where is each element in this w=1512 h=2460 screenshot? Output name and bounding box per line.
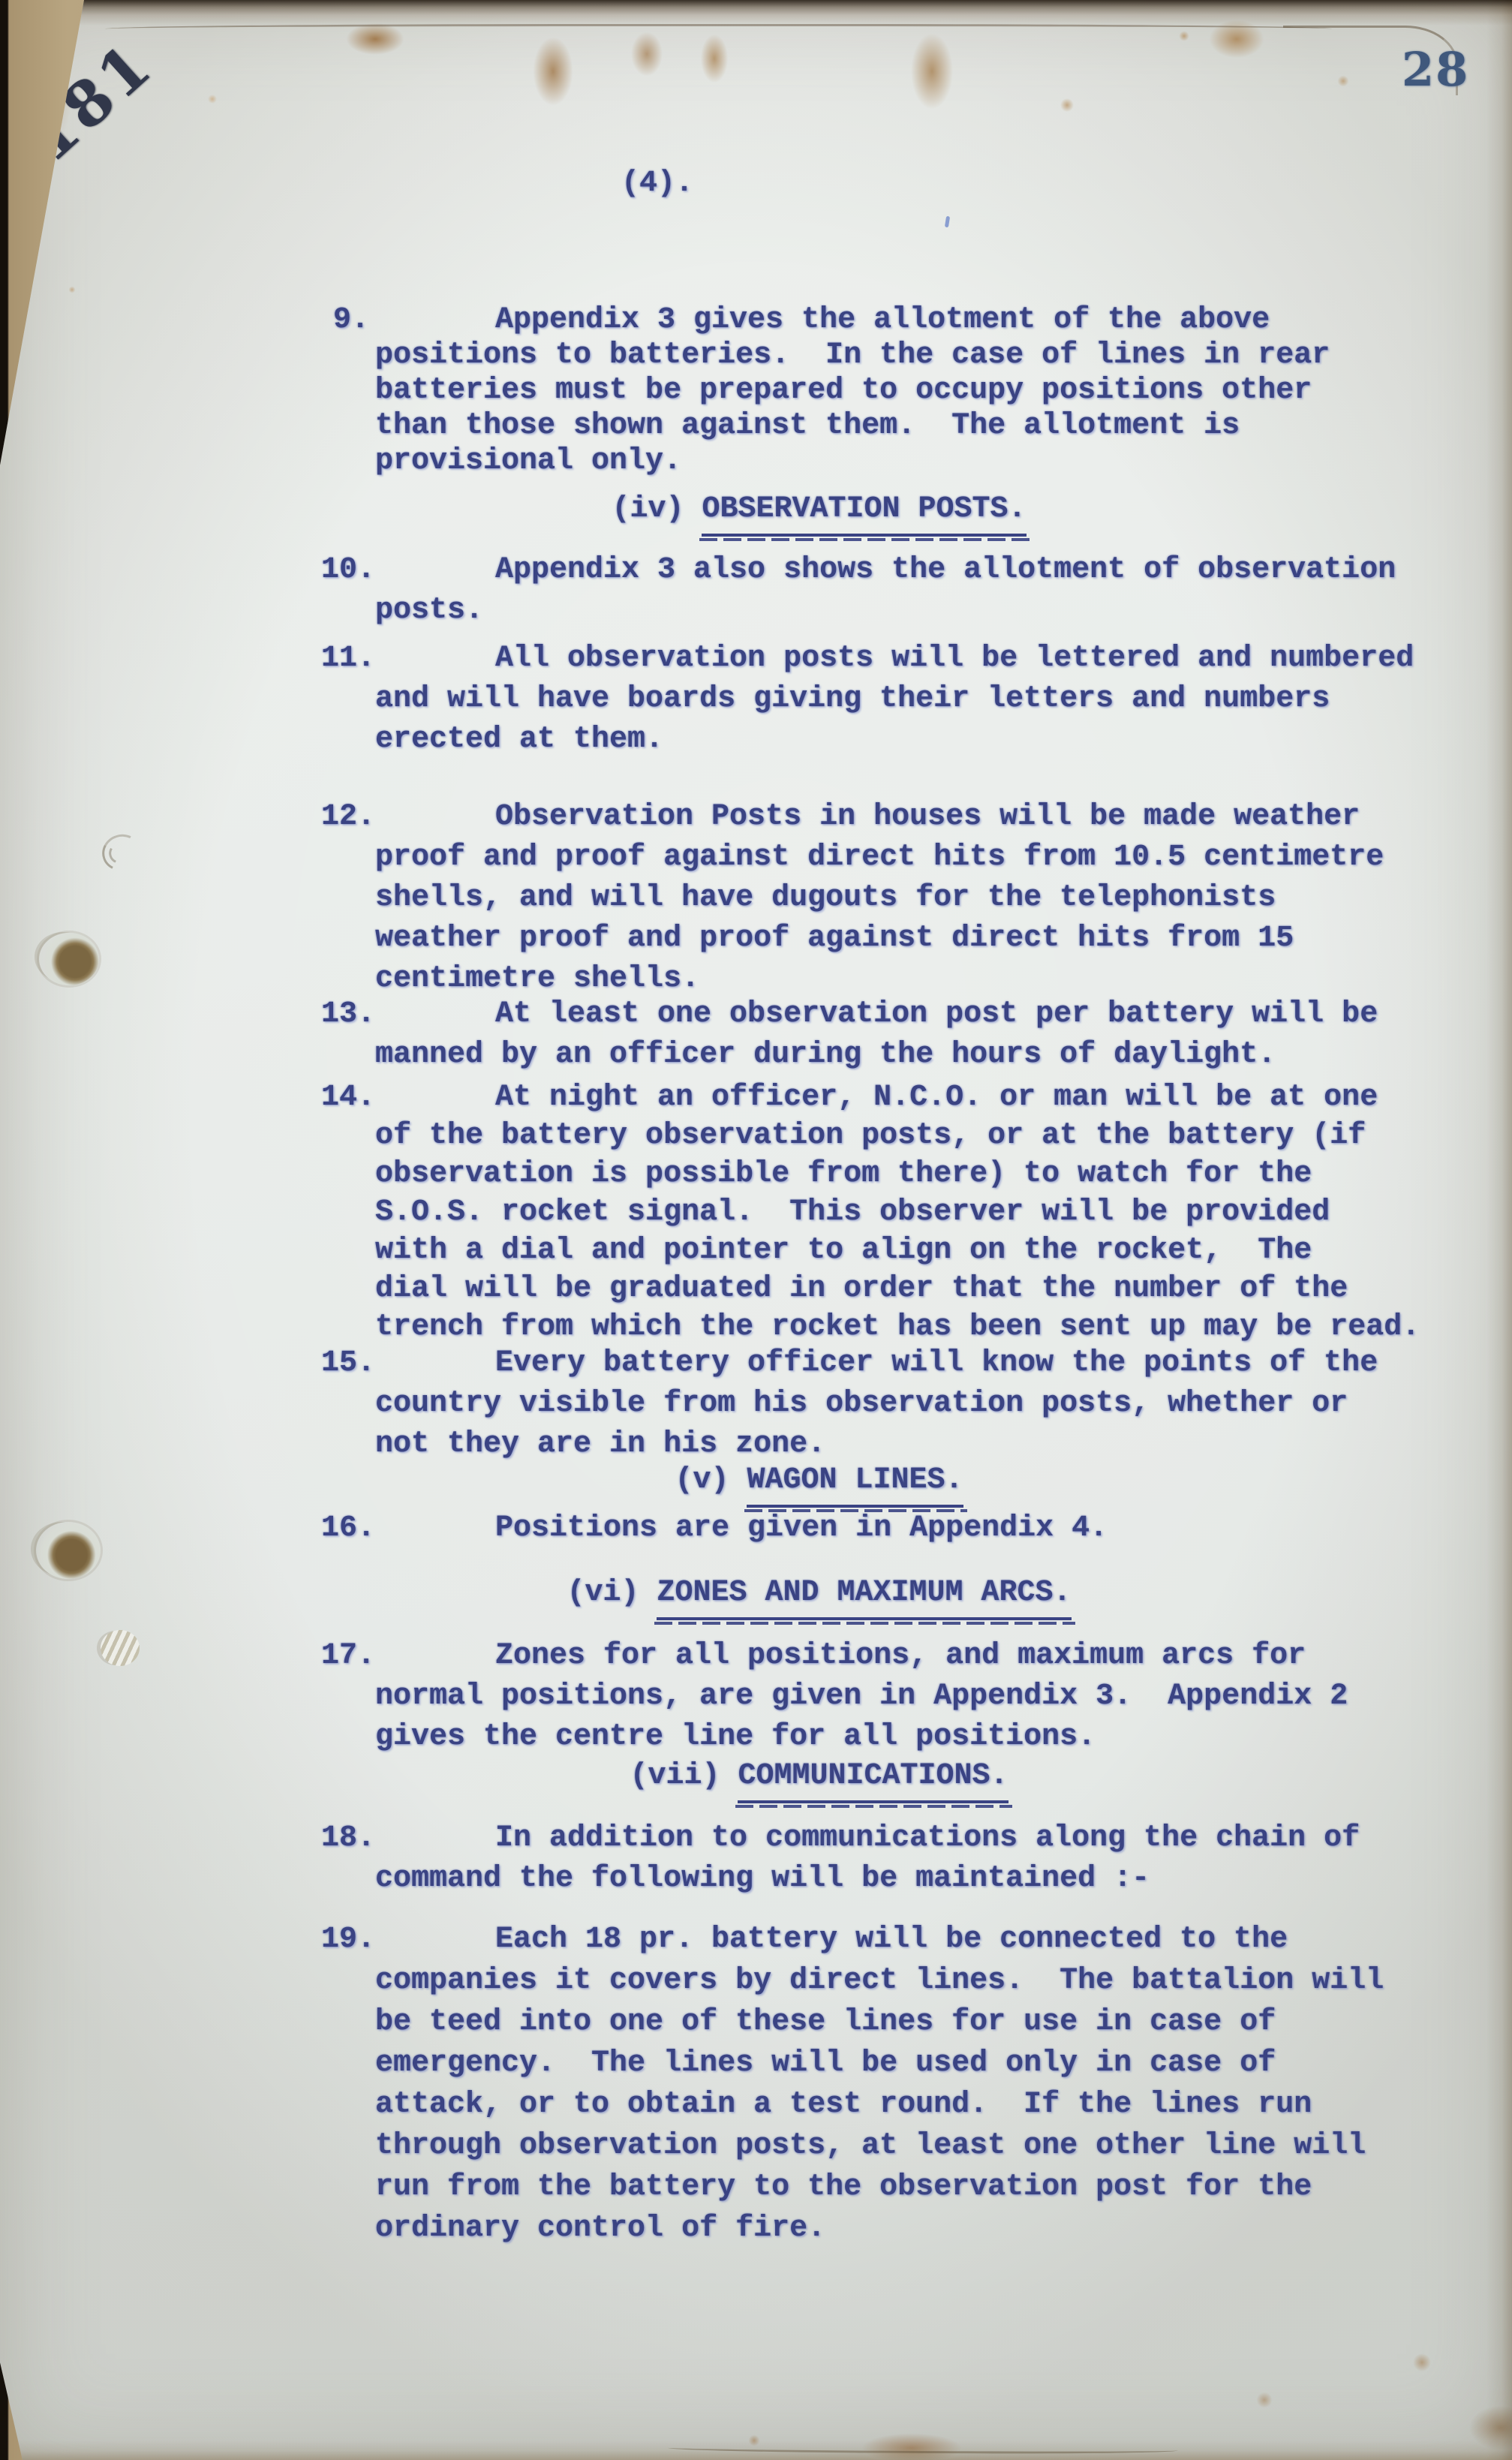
folio-stamp: 181	[14, 28, 167, 176]
item-number: 18.	[321, 1818, 375, 1859]
section-heading-observation-posts: (iv)OBSERVATION POSTS.	[321, 489, 1317, 537]
section-heading-zones-and-maximum-arcs: (vi)ZONES AND MAXIMUM ARCS.	[321, 1573, 1317, 1620]
item-text: In addition to communications along the …	[375, 1818, 1489, 1899]
paragraph-10: 10. Appendix 3 also shows the allotment …	[321, 550, 1489, 631]
item-number: 12.	[321, 797, 375, 838]
item-text: All observation posts will be lettered a…	[375, 639, 1489, 760]
item-number: 15.	[321, 1343, 375, 1384]
item-number: 13.	[321, 994, 375, 1035]
punch-hole	[36, 1522, 101, 1579]
paragraph-18: 18. In addition to communications along …	[321, 1818, 1489, 1899]
paragraph-11: 11. All observation posts will be letter…	[321, 639, 1489, 760]
bottom-edge-crease	[668, 2443, 1178, 2455]
item-number: 19.	[321, 1919, 375, 1960]
section-heading-communications: (vii)COMMUNICATIONS.	[321, 1756, 1317, 1803]
heading-title: ZONES AND MAXIMUM ARCS.	[657, 1573, 1071, 1620]
heading-title: COMMUNICATIONS.	[738, 1756, 1008, 1803]
item-number: 16.	[321, 1508, 375, 1549]
heading-title: WAGON LINES.	[747, 1460, 963, 1508]
paragraph-12: 12. Observation Posts in houses will be …	[321, 797, 1489, 1000]
heading-title: OBSERVATION POSTS.	[702, 489, 1026, 537]
heading-prefix: (iv)	[612, 492, 684, 526]
top-edge-crease	[105, 24, 1332, 34]
paragraph-13: 13. At least one observation post per ba…	[321, 994, 1489, 1075]
section-heading-wagon-lines: (v)WAGON LINES.	[321, 1460, 1317, 1508]
item-number: 11.	[321, 639, 375, 679]
item-text: Observation Posts in houses will be made…	[375, 797, 1489, 1000]
item-text: At night an officer, N.C.O. or man will …	[375, 1078, 1489, 1346]
item-text: At least one observation post per batter…	[375, 994, 1489, 1075]
item-text: Positions are given in Appendix 4.	[375, 1508, 1489, 1549]
paragraph-14: 14. At night an officer, N.C.O. or man w…	[321, 1078, 1489, 1346]
item-number: 10.	[321, 550, 375, 591]
punch-hole	[39, 933, 99, 985]
punch-mark	[98, 829, 146, 876]
ink-speck	[945, 216, 950, 228]
item-text: Appendix 3 gives the allotment of the ab…	[375, 302, 1489, 479]
item-text: Each 18 pr. battery will be connected to…	[375, 1919, 1489, 2249]
paragraph-15: 15. Every battery officer will know the …	[321, 1343, 1489, 1465]
page-label: (4).	[621, 167, 693, 200]
item-number: 14.	[321, 1078, 375, 1117]
heading-prefix: (vii)	[630, 1759, 720, 1793]
item-number: 17.	[321, 1636, 375, 1677]
paragraph-17: 17. Zones for all positions, and maximum…	[321, 1636, 1489, 1758]
heading-prefix: (vi)	[567, 1576, 639, 1610]
paragraph-9: 9. Appendix 3 gives the allotment of the…	[321, 302, 1489, 479]
heading-prefix: (v)	[675, 1463, 729, 1497]
item-text: Appendix 3 also shows the allotment of o…	[375, 550, 1489, 631]
paragraph-16: 16. Positions are given in Appendix 4.	[321, 1508, 1489, 1549]
item-text: Zones for all positions, and maximum arc…	[375, 1636, 1489, 1758]
item-number: 9.	[333, 302, 369, 338]
page-number: 28	[1402, 42, 1469, 97]
punch-mark	[101, 1630, 140, 1666]
paragraph-19: 19. Each 18 pr. battery will be connecte…	[321, 1919, 1489, 2249]
document-page: 181 28 (4). 9. Appendix 3 gives the allo…	[0, 0, 1512, 2460]
item-text: Every battery officer will know the poin…	[375, 1343, 1489, 1465]
